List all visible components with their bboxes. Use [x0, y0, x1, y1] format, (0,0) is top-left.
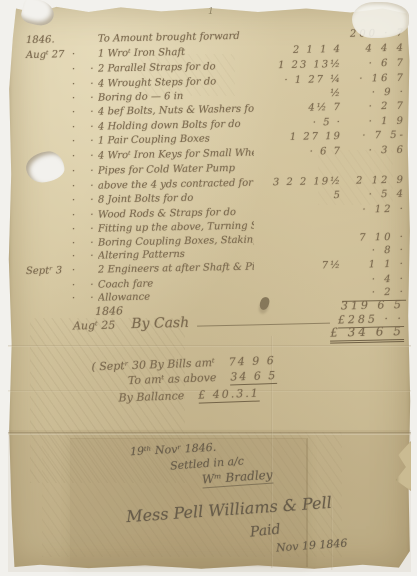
row-amount: · 5 4	[342, 189, 406, 202]
page-number-mark: 1	[208, 7, 214, 17]
row-quantity: 4½ 7	[254, 102, 342, 116]
balance-amount: £ 34 6 5	[330, 324, 404, 344]
row-date: 1846.	[26, 34, 72, 47]
row-amount: · 12 ·	[342, 204, 406, 217]
row-date	[26, 288, 72, 289]
row-amount: · 2 7	[342, 101, 406, 114]
row-date: Augᵗ 27	[26, 49, 72, 62]
row-quantity	[254, 37, 342, 39]
row-quantity: 5	[254, 190, 342, 204]
row-ditto: · ·	[72, 280, 98, 292]
row-quantity: · 5 ·	[254, 117, 342, 131]
row-amount: · 4 ·	[342, 274, 406, 287]
summary-amount: 34 6 5	[230, 369, 277, 386]
row-ditto: · ·	[72, 166, 98, 178]
row-amount: · 3 6	[342, 145, 406, 158]
row-quantity: 1 27 19	[254, 131, 342, 145]
row-amount: 7 10 ·	[342, 232, 406, 245]
row-amount: · 7 5-	[342, 130, 406, 143]
row-ditto: · ·	[72, 238, 98, 250]
row-ditto: · ·	[72, 64, 98, 76]
row-amount	[342, 168, 406, 169]
row-amount: · 16 7	[342, 73, 406, 86]
row-ditto: · ·	[72, 79, 98, 91]
row-date	[26, 115, 72, 116]
summary-amount: 74 9 6	[229, 354, 276, 369]
row-date	[26, 301, 72, 302]
row-amount: · 6 7	[342, 58, 406, 71]
row-amount: · 1 9	[342, 116, 406, 129]
row-quantity: 3 2 2 19½	[254, 176, 342, 190]
row-quantity	[254, 213, 342, 215]
row-date	[26, 101, 72, 102]
row-quantity: · 1 27 ¼	[254, 74, 342, 88]
row-amount: 1 1 ·	[342, 259, 406, 272]
row-date	[26, 232, 72, 233]
summary-label: To amᵗ as above	[128, 371, 217, 387]
row-quantity: · 6 7	[254, 146, 342, 160]
row-amount: 2 12 9	[342, 175, 406, 188]
row-date	[26, 130, 72, 131]
row-amount: · 9 ·	[342, 87, 406, 100]
summary-note: ( Septʳ 30 By Bills amᵗ 74 9 6 To amᵗ as…	[91, 352, 343, 410]
row-quantity: 7½	[254, 260, 342, 274]
row-ditto: · ·	[72, 107, 98, 119]
row-ditto: · ·	[72, 93, 98, 105]
row-ditto: · ·	[72, 195, 98, 207]
row-quantity: ½	[254, 88, 342, 102]
row-ditto: ·	[72, 265, 98, 277]
row-date: Septʳ 3	[26, 265, 72, 278]
row-date	[26, 72, 72, 73]
row-date	[26, 259, 72, 260]
row-date	[26, 203, 72, 204]
document-photo: 1 1846.To Amount brought forward200 · 7 …	[0, 0, 417, 576]
row-date	[26, 218, 72, 219]
row-quantity	[254, 283, 342, 285]
summary-amount: £ 40.3.1	[198, 387, 260, 404]
paid-note: Paid	[249, 521, 281, 540]
row-ditto: · ·	[72, 151, 98, 163]
row-ditto: · ·	[72, 251, 98, 263]
scuff-mark	[352, 2, 409, 38]
row-ditto: ·	[72, 49, 98, 61]
row-date	[26, 87, 72, 88]
summary-label: By Ballance	[118, 389, 184, 404]
row-amount: · 8 ·	[342, 245, 406, 258]
row-ditto: · ·	[72, 224, 98, 236]
row-ditto: · ·	[72, 122, 98, 134]
row-ditto: · ·	[72, 136, 98, 148]
row-amount	[342, 226, 406, 227]
row-quantity	[254, 227, 342, 229]
row-ditto: · ·	[72, 181, 98, 193]
row-ditto: · ·	[72, 293, 98, 305]
row-date	[26, 189, 72, 190]
row-amount: 4 4 4	[342, 43, 406, 56]
row-quantity	[254, 241, 342, 243]
row-date	[26, 144, 72, 145]
row-quantity: 2 1 1 4	[254, 44, 342, 58]
row-date	[26, 246, 72, 247]
row-quantity	[254, 169, 342, 171]
row-ditto: · ·	[72, 210, 98, 222]
row-quantity	[254, 254, 342, 256]
row-quantity: 1 23 13½	[254, 59, 342, 73]
